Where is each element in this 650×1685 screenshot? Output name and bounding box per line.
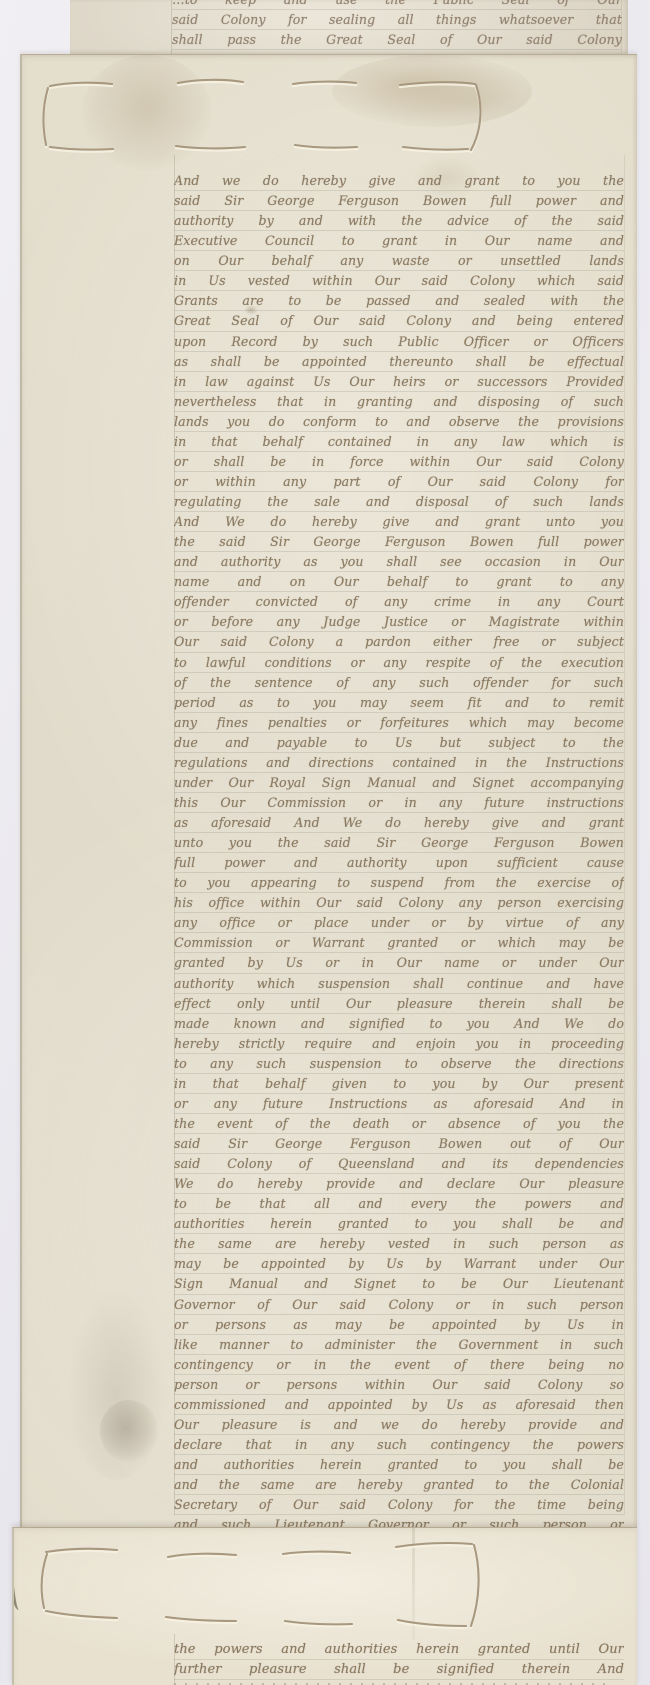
manuscript-line: on Our behalf any waste or unsettled lan… <box>174 251 624 271</box>
manuscript-lines-bottom: the powers and authorities herein grante… <box>174 1640 624 1680</box>
manuscript-line: And we do hereby give and grant to you t… <box>174 171 624 191</box>
manuscript-line: Our said Colony a pardon either free or … <box>174 632 624 652</box>
manuscript-line: any office or place under or by virtue o… <box>174 913 624 933</box>
manuscript-line: And We do hereby give and grant unto you <box>174 512 624 532</box>
manuscript-line: Executive Council to grant in Our name a… <box>174 231 624 251</box>
manuscript-line: person or persons within Our said Colony… <box>174 1375 624 1395</box>
parchment-stain <box>82 55 212 170</box>
parchment-scan: …to keep and use the Public Seal of Ours… <box>0 0 650 1685</box>
manuscript-line: said Colony of Queensland and its depend… <box>174 1154 624 1174</box>
manuscript-line: or persons as may be appointed by Us in <box>174 1315 624 1335</box>
manuscript-line: granted by Us or in Our name or under Ou… <box>174 953 624 973</box>
manuscript-line: in that behalf given to you by Our prese… <box>174 1074 624 1094</box>
manuscript-line: …to keep and use the Public Seal of Our <box>172 0 622 10</box>
manuscript-line: the powers and authorities herein grante… <box>174 1640 624 1660</box>
manuscript-line: to lawful conditions or any respite of t… <box>174 653 624 673</box>
manuscript-line: Sign Manual and Signet to be Our Lieuten… <box>174 1274 624 1294</box>
seam-thread <box>12 1577 26 1610</box>
manuscript-line: to be that all and every the powers and <box>174 1194 624 1214</box>
manuscript-lines-main: And we do hereby give and grant to you t… <box>174 171 624 1528</box>
manuscript-line: nevertheless that in granting and dispos… <box>174 392 624 412</box>
manuscript-line: unto you the said Sir George Ferguson Bo… <box>174 833 624 853</box>
manuscript-line: his office within Our said Colony any pe… <box>174 893 624 913</box>
manuscript-line: commissioned and appointed by Us as afor… <box>174 1395 624 1415</box>
manuscript-line: to you appearing to suspend from the exe… <box>174 873 624 893</box>
parchment-stain <box>100 1400 158 1462</box>
manuscript-lines-top: …to keep and use the Public Seal of Ours… <box>172 0 622 50</box>
manuscript-line: contingency or in the event of there bei… <box>174 1355 624 1375</box>
manuscript-line: Our pleasure is and we do hereby provide… <box>174 1415 624 1435</box>
manuscript-line: shall pass the Great Seal of Our said Co… <box>172 30 622 50</box>
manuscript-line: full power and authority upon sufficient… <box>174 853 624 873</box>
manuscript-line: said Sir George Ferguson Bowen full powe… <box>174 191 624 211</box>
manuscript-line: further pleasure shall be signified ther… <box>174 1660 624 1680</box>
parchment-membrane-main: And we do hereby give and grant to you t… <box>20 54 637 1528</box>
manuscript-line: like manner to administer the Government… <box>174 1335 624 1355</box>
margin-rule-right <box>624 155 625 1515</box>
manuscript-line: Secretary of Our said Colony for the tim… <box>174 1495 624 1515</box>
parchment-membrane-top: …to keep and use the Public Seal of Ours… <box>70 0 628 54</box>
manuscript-line: offender convicted of any crime in any C… <box>174 592 624 612</box>
manuscript-line: regulating the sale and disposal of such… <box>174 492 624 512</box>
parchment-membrane-bottom: the powers and authorities herein grante… <box>12 1527 637 1685</box>
manuscript-line: Commission or Warrant granted or which m… <box>174 933 624 953</box>
manuscript-line: as aforesaid And We do hereby give and g… <box>174 813 624 833</box>
manuscript-line: the same are hereby vested in such perso… <box>174 1234 624 1254</box>
manuscript-line: this Our Commission or in any future ins… <box>174 793 624 813</box>
manuscript-line: in that behalf contained in any law whic… <box>174 432 624 452</box>
parchment-stain <box>332 55 532 127</box>
manuscript-line: may be appointed by Us by Warrant under … <box>174 1254 624 1274</box>
manuscript-line: We do hereby provide and declare Our ple… <box>174 1174 624 1194</box>
manuscript-line: regulations and directions contained in … <box>174 753 624 773</box>
manuscript-line: Governor of Our said Colony or in such p… <box>174 1295 624 1315</box>
manuscript-line: or any future Instructions as aforesaid … <box>174 1094 624 1114</box>
manuscript-line: period as to you may seem fit and to rem… <box>174 693 624 713</box>
manuscript-line: and the same are hereby granted to the C… <box>174 1475 624 1495</box>
manuscript-line: name and on Our behalf to grant to any <box>174 572 624 592</box>
manuscript-line: in Us vested within Our said Colony whic… <box>174 271 624 291</box>
manuscript-line: or within any part of Our said Colony fo… <box>174 472 624 492</box>
manuscript-line: as shall be appointed thereunto shall be… <box>174 352 624 372</box>
manuscript-line: lands you do conform to and observe the … <box>174 412 624 432</box>
manuscript-line: authority which suspension shall continu… <box>174 974 624 994</box>
manuscript-line: in law against Us Our heirs or successor… <box>174 372 624 392</box>
manuscript-line: and authorities herein granted to you sh… <box>174 1455 624 1475</box>
manuscript-line: hereby strictly require and enjoin you i… <box>174 1034 624 1054</box>
manuscript-line: Great Seal of Our said Colony and being … <box>174 311 624 331</box>
manuscript-line: said Sir George Ferguson Bowen out of Ou… <box>174 1134 624 1154</box>
manuscript-line: declare that in any such contingency the… <box>174 1435 624 1455</box>
manuscript-line: or before any Judge Justice or Magistrat… <box>174 612 624 632</box>
manuscript-line: effect only until Our pleasure therein s… <box>174 994 624 1014</box>
manuscript-line: said Colony for sealing all things whats… <box>172 10 622 30</box>
manuscript-line: upon Record by such Public Officer or Of… <box>174 332 624 352</box>
manuscript-line: and authority as you shall see occasion … <box>174 552 624 572</box>
parchment-stain <box>67 1285 167 1480</box>
manuscript-line: Grants are to be passed and sealed with … <box>174 291 624 311</box>
manuscript-line: the event of the death or absence of you… <box>174 1114 624 1134</box>
manuscript-line: authority by and with the advice of the … <box>174 211 624 231</box>
manuscript-line: authorities herein granted to you shall … <box>174 1214 624 1234</box>
manuscript-line: due and payable to Us but subject to the <box>174 733 624 753</box>
manuscript-line: any fines penalties or forfeitures which… <box>174 713 624 733</box>
manuscript-line: under Our Royal Sign Manual and Signet a… <box>174 773 624 793</box>
manuscript-line: made known and signified to you And We d… <box>174 1014 624 1034</box>
manuscript-line: or shall be in force within Our said Col… <box>174 452 624 472</box>
manuscript-line: to any such suspension to observe the di… <box>174 1054 624 1074</box>
parchment-crease <box>412 1528 415 1640</box>
manuscript-line: of the sentence of any such offender for… <box>174 673 624 693</box>
manuscript-line: the said Sir George Ferguson Bowen full … <box>174 532 624 552</box>
